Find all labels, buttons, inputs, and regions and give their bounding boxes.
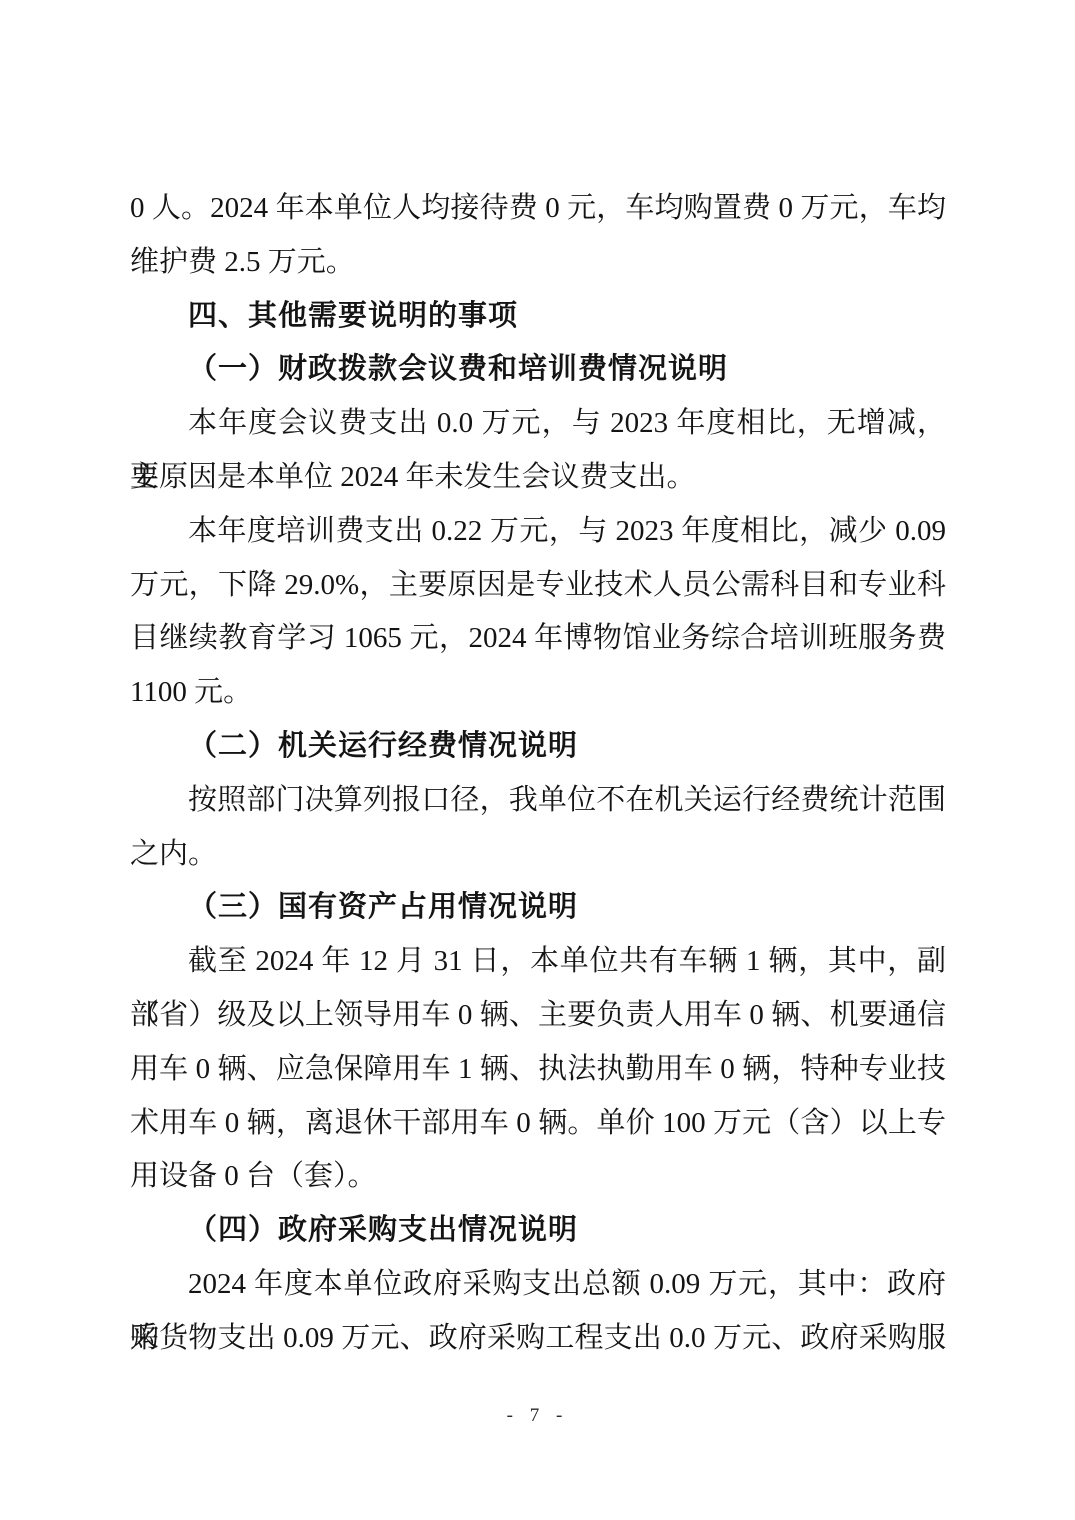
body-line: 购货物支出 0.09 万元、政府采购工程支出 0.0 万元、政府采购服 (130, 1312, 946, 1366)
section-heading: 四、其他需要说明的事项 (130, 290, 946, 344)
body-line: 术用车 0 辆，离退休干部用车 0 辆。单价 100 万元（含）以上专 (130, 1097, 946, 1151)
body-line: 2024 年度本单位政府采购支出总额 0.09 万元，其中：政府采 (130, 1258, 946, 1312)
subsection-heading: （四）政府采购支出情况说明 (130, 1204, 946, 1258)
body-line: 目继续教育学习 1065 元，2024 年博物馆业务综合培训班服务费 (130, 612, 946, 666)
body-line: 按照部门决算列报口径，我单位不在机关运行经费统计范围 (130, 774, 946, 828)
document-page: 0 人。2024 年本单位人均接待费 0 元，车均购置费 0 万元，车均 维护费… (0, 0, 1075, 1520)
document-body: 0 人。2024 年本单位人均接待费 0 元，车均购置费 0 万元，车均 维护费… (130, 182, 946, 1366)
page-number: - 7 - (0, 1404, 1075, 1428)
body-line: 1100 元。 (130, 666, 946, 720)
body-line: 本年度培训费支出 0.22 万元，与 2023 年度相比，减少 0.09 (130, 505, 946, 559)
body-line: 维护费 2.5 万元。 (130, 236, 946, 290)
body-line: （省）级及以上领导用车 0 辆、主要负责人用车 0 辆、机要通信 (130, 989, 946, 1043)
subsection-heading: （三）国有资产占用情况说明 (130, 881, 946, 935)
body-line: 用设备 0 台（套）。 (130, 1150, 946, 1204)
body-line: 万元，下降 29.0%，主要原因是专业技术人员公需科目和专业科 (130, 559, 946, 613)
body-line: 要原因是本单位 2024 年未发生会议费支出。 (130, 451, 946, 505)
subsection-heading: （二）机关运行经费情况说明 (130, 720, 946, 774)
subsection-heading: （一）财政拨款会议费和培训费情况说明 (130, 343, 946, 397)
body-line: 0 人。2024 年本单位人均接待费 0 元，车均购置费 0 万元，车均 (130, 182, 946, 236)
body-line: 用车 0 辆、应急保障用车 1 辆、执法执勤用车 0 辆，特种专业技 (130, 1043, 946, 1097)
body-line: 截至 2024 年 12 月 31 日，本单位共有车辆 1 辆，其中，副部 (130, 935, 946, 989)
body-line: 本年度会议费支出 0.0 万元，与 2023 年度相比，无增减，主 (130, 397, 946, 451)
body-line: 之内。 (130, 828, 946, 882)
